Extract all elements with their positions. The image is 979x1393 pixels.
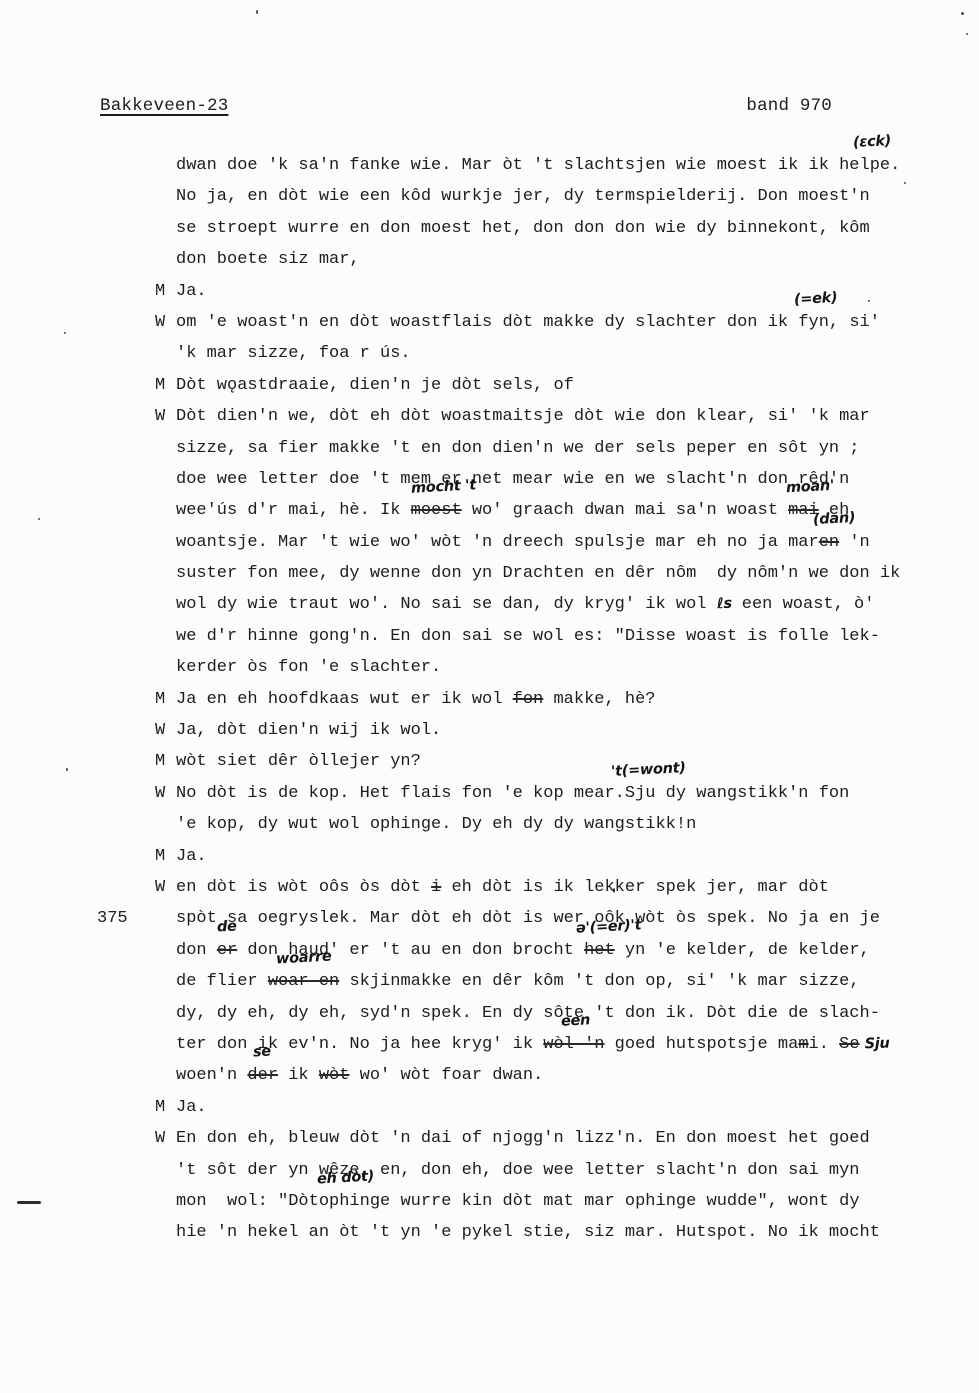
page-header: Bakkeveen-23 band 970 xyxy=(100,96,832,116)
typed-text: het xyxy=(584,941,615,960)
typed-text: 'k mar sizze, foa r ús. xyxy=(176,344,411,363)
handwritten-annotation: Sju xyxy=(859,1028,890,1060)
transcript-line: Wom 'e woast'n en dòt woastflais dòt mak… xyxy=(0,307,979,338)
typed-text: er xyxy=(217,941,237,960)
typed-text: doe wee letter doe 't mem er net mear wi… xyxy=(176,470,849,489)
margin-dash-mark xyxy=(17,1201,41,1204)
typed-text: En don eh, bleuw dòt 'n dai of njogg'n l… xyxy=(176,1129,870,1148)
transcript-line: 'k mar sizze, foa r ús. xyxy=(0,338,979,369)
typed-text: om 'e woast'n en dòt woastflais dòt makk… xyxy=(176,313,798,332)
transcript-line: mon wol: "Dòtophingeeh dòt) wurre kin dò… xyxy=(0,1186,979,1217)
transcript-line: don boete siz mar, xyxy=(0,244,979,275)
typed-text: dy wangstikk'n fon xyxy=(655,784,849,803)
typed-text: fyn xyxy=(798,313,829,332)
typed-text: don xyxy=(176,941,217,960)
transcript-line: MJa. xyxy=(0,841,979,872)
handwritten-annotation: (dan) xyxy=(812,511,855,527)
typed-text: Ja. xyxy=(176,282,207,301)
typed-text: wo' wòt foar dwan. xyxy=(349,1066,543,1085)
speaker-label: M xyxy=(155,684,176,715)
typed-text: se stroept wurre en don moest het, don d… xyxy=(176,219,870,238)
paper-speck xyxy=(868,300,870,302)
transcript-line: de flier woar enwoarre skjinmakke en dêr… xyxy=(0,966,979,997)
typed-text: makke, hè? xyxy=(543,690,655,709)
typed-text: goed hutspotsje ma xyxy=(604,1035,798,1054)
transcript-line: MJa. xyxy=(0,1092,979,1123)
speaker-label: W xyxy=(155,307,176,338)
typed-text: hie 'n hekel an òt 't yn 'e pykel stie, … xyxy=(176,1223,880,1242)
handwritten-annotation: moan' xyxy=(786,479,835,495)
speaker-label: W xyxy=(155,1123,176,1154)
typed-text: Dòt wǫastdraaie, dien'n je dòt sels, of xyxy=(176,376,574,395)
transcript-line: ter don ik ev'n. No ja hee kryg' ik wòl … xyxy=(0,1029,979,1060)
handwritten-annotation: (ɛck) xyxy=(853,134,892,150)
transcript-line: suster fon mee, dy wenne don yn Drachten… xyxy=(0,558,979,589)
transcript-line: dy, dy eh, dy eh, syd'n spek. En dy sôte… xyxy=(0,998,979,1029)
handwritten-annotation: se xyxy=(253,1045,272,1060)
typed-text: suster fon mee, dy wenne don yn Drachten… xyxy=(176,564,900,583)
paper-speck xyxy=(66,768,68,771)
typed-text: wòl 'n xyxy=(543,1035,604,1054)
typed-text: 'e kop, dy wut wol ophinge. Dy eh dy dy … xyxy=(176,815,696,834)
transcript-line: kerder òs fon 'e slachter. xyxy=(0,652,979,683)
handwritten-annotation: ℓs xyxy=(716,589,732,621)
typed-text: 't sôt der yn wêze, en, don eh, doe wee … xyxy=(176,1161,860,1180)
typed-text: een woast, ò' xyxy=(732,595,875,614)
transcript-line: dwan doe 'k sa'n fanke wie. Mar òt 't sl… xyxy=(0,150,979,181)
typed-text: helpe. xyxy=(839,156,900,175)
typed-text: Ja. xyxy=(176,847,207,866)
typed-text: dwan doe 'k sa'n fanke wie. Mar òt 't sl… xyxy=(176,156,839,175)
speaker-label: M xyxy=(155,370,176,401)
typed-text: wurre kin dòt mat mar ophinge wudde", wo… xyxy=(390,1192,859,1211)
handwritten-annotation: de xyxy=(216,919,236,934)
typed-text: de flier xyxy=(176,972,268,991)
typed-text: yn 'e kelder, de kelder, xyxy=(615,941,870,960)
transcript-line: WEn don eh, bleuw dòt 'n dai of njogg'n … xyxy=(0,1123,979,1154)
typed-text: Ja. xyxy=(176,1098,207,1117)
typed-text: i. xyxy=(809,1035,840,1054)
paper-speck xyxy=(904,182,906,184)
band-number: band 970 xyxy=(746,96,832,116)
typed-text: Dòt dien'n we, dòt eh dòt woastmaitsje d… xyxy=(176,407,870,426)
annotated-word: Sju't(=wont) xyxy=(625,778,656,809)
transcript-line: WJa, dòt dien'n wij ik wol. xyxy=(0,715,979,746)
transcript-line: se stroept wurre en don moest het, don d… xyxy=(0,213,979,244)
typed-text: skjinmakke en dêr kôm 't don op, si' 'k … xyxy=(339,972,859,991)
speaker-label: M xyxy=(155,1092,176,1123)
speaker-label: M xyxy=(155,746,176,777)
typed-text: wòt òs spek. No ja en je xyxy=(625,909,880,928)
transcript-line: 'e kop, dy wut wol ophinge. Dy eh dy dy … xyxy=(0,809,979,840)
transcript-line: hie 'n hekel an òt 't yn 'e pykel stie, … xyxy=(0,1217,979,1248)
transcript-line: 375spòt sa oegryslek. Mar dòt eh dòt is … xyxy=(0,903,979,934)
typed-text: dy, dy eh, dy eh, syd'n spek. En dy sôte… xyxy=(176,1004,880,1023)
typed-text: spòt sa oegryslek. Mar dòt eh dòt is wer xyxy=(176,909,594,928)
typed-text: m xyxy=(798,1035,808,1054)
typed-text: kerder òs fon 'e slachter. xyxy=(176,658,441,677)
typed-text: wòt siet dêr òllejer yn? xyxy=(176,752,421,771)
transcript-line: MJa en eh hoofdkaas wut er ik wol fon ma… xyxy=(0,684,979,715)
typed-text: wo' graach dwan mai sa'n woast xyxy=(462,501,788,520)
typed-text: woen'n xyxy=(176,1066,247,1085)
handwritten-annotation: (=ek) xyxy=(794,291,838,307)
typed-text: No ja, en dòt wie een kôd wurkje jer, dy… xyxy=(176,187,870,206)
handwritten-annotation: mocht 't xyxy=(410,479,476,496)
speaker-label: W xyxy=(155,715,176,746)
transcript-line: Mwòt siet dêr òllejer yn? xyxy=(0,746,979,777)
transcript-line: WDòt dien'n we, dòt eh dòt woastmaitsje … xyxy=(0,401,979,432)
transcript-line: WNo dòt is de kop. Het flais fon 'e kop … xyxy=(0,778,979,809)
speaker-label: W xyxy=(155,401,176,432)
transcript-line: MDòt wǫastdraaie, dien'n je dòt sels, of xyxy=(0,370,979,401)
annotated-word: helpe.(ɛck) xyxy=(839,150,900,181)
speaker-label: M xyxy=(155,841,176,872)
transcript-line: don erde don haud' er 't au en don broch… xyxy=(0,935,979,966)
handwritten-annotation: woarre xyxy=(275,950,331,967)
typed-text: wol dy wie traut wo'. No sai se dan, dy … xyxy=(176,595,717,614)
document-id: Bakkeveen-23 xyxy=(100,96,228,116)
typed-text: der xyxy=(247,1066,278,1085)
typed-text: don boete siz mar, xyxy=(176,250,360,269)
typed-text: mon wol: "Dòt xyxy=(176,1192,319,1211)
typed-text: we d'r hinne gong'n. En don sai se wol e… xyxy=(176,627,880,646)
typed-text: ik xyxy=(278,1066,319,1085)
annotated-word: ophingeeh dòt) xyxy=(319,1186,390,1217)
typed-text: woar en xyxy=(268,972,339,991)
margin-line-number: 375 xyxy=(97,903,128,934)
typed-text: en dòt is wòt oôs òs dòt xyxy=(176,878,431,897)
transcript-line: we d'r hinne gong'n. En don sai se wol e… xyxy=(0,621,979,652)
transcript-line: sizze, sa fier makke 't en don dien'n we… xyxy=(0,433,979,464)
typed-text: Se xyxy=(839,1035,859,1054)
handwritten-annotation: ǝ'(=er)'t xyxy=(576,918,642,935)
annotated-word: en(dan) xyxy=(819,527,839,558)
transcript-line: Wen dòt is wòt oôs òs dòt i eh dòt is ik… xyxy=(0,872,979,903)
annotated-word: wòl 'neen xyxy=(543,1029,604,1060)
paper-speck xyxy=(961,12,964,15)
typed-text: wòt xyxy=(319,1066,350,1085)
paper-speck xyxy=(256,10,258,14)
transcript-line: wol dy wie traut wo'. No sai se dan, dy … xyxy=(0,589,979,620)
annotated-word: erde xyxy=(217,935,237,966)
paper-speck xyxy=(64,332,66,334)
handwritten-annotation: een xyxy=(561,1013,591,1029)
typed-text: eh dòt is ik lekker spek jer, mar dòt xyxy=(441,878,829,897)
speaker-label: M xyxy=(155,276,176,307)
typed-text: woantsje. Mar 't wie wo' wòt 'n dreech s… xyxy=(176,533,819,552)
transcript-line: 't sôt der yn wêze, en, don eh, doe wee … xyxy=(0,1155,979,1186)
typed-text: en xyxy=(819,533,839,552)
typed-text: ter don ik ev'n. No ja hee kryg' ik xyxy=(176,1035,543,1054)
annotated-word: moestmocht 't xyxy=(411,495,462,526)
typed-text: ophinge xyxy=(319,1192,390,1211)
transcript: dwan doe 'k sa'n fanke wie. Mar òt 't sl… xyxy=(0,150,979,1249)
typed-text: wee'ús d'r mai, hè. Ik xyxy=(176,501,411,520)
paper-speck xyxy=(38,518,40,520)
typed-text: i xyxy=(431,878,441,897)
typed-text: fon xyxy=(513,690,544,709)
handwritten-annotation: eh dòt) xyxy=(317,1169,375,1186)
handwritten-annotation: 't(=wont) xyxy=(611,761,686,779)
typed-text: , si' xyxy=(829,313,880,332)
annotated-word: fyn(=ek) xyxy=(798,307,829,338)
typed-text: Sju xyxy=(625,784,656,803)
annotated-word: derse xyxy=(247,1060,278,1091)
document-page: Bakkeveen-23 band 970 dwan doe 'k sa'n f… xyxy=(0,0,979,1393)
annotated-word: hetǝ'(=er)'t xyxy=(584,935,615,966)
typed-text: 'n xyxy=(839,533,870,552)
annotated-word: woar enwoarre xyxy=(268,966,339,997)
transcript-line: No ja, en dòt wie een kôd wurkje jer, dy… xyxy=(0,181,979,212)
typed-text: moest xyxy=(411,501,462,520)
speaker-label: W xyxy=(155,778,176,809)
paper-speck xyxy=(966,33,968,35)
speaker-label: W xyxy=(155,872,176,903)
typed-text: sizze, sa fier makke 't en don dien'n we… xyxy=(176,439,860,458)
typed-text: Ja, dòt dien'n wij ik wol. xyxy=(176,721,441,740)
typed-text: No dòt is de kop. Het flais fon 'e kop m… xyxy=(176,784,625,803)
transcript-line: woantsje. Mar 't wie wo' wòt 'n dreech s… xyxy=(0,527,979,558)
transcript-line: woen'n derse ik wòt wo' wòt foar dwan. xyxy=(0,1060,979,1091)
typed-text: Ja en eh hoofdkaas wut er ik wol xyxy=(176,690,513,709)
